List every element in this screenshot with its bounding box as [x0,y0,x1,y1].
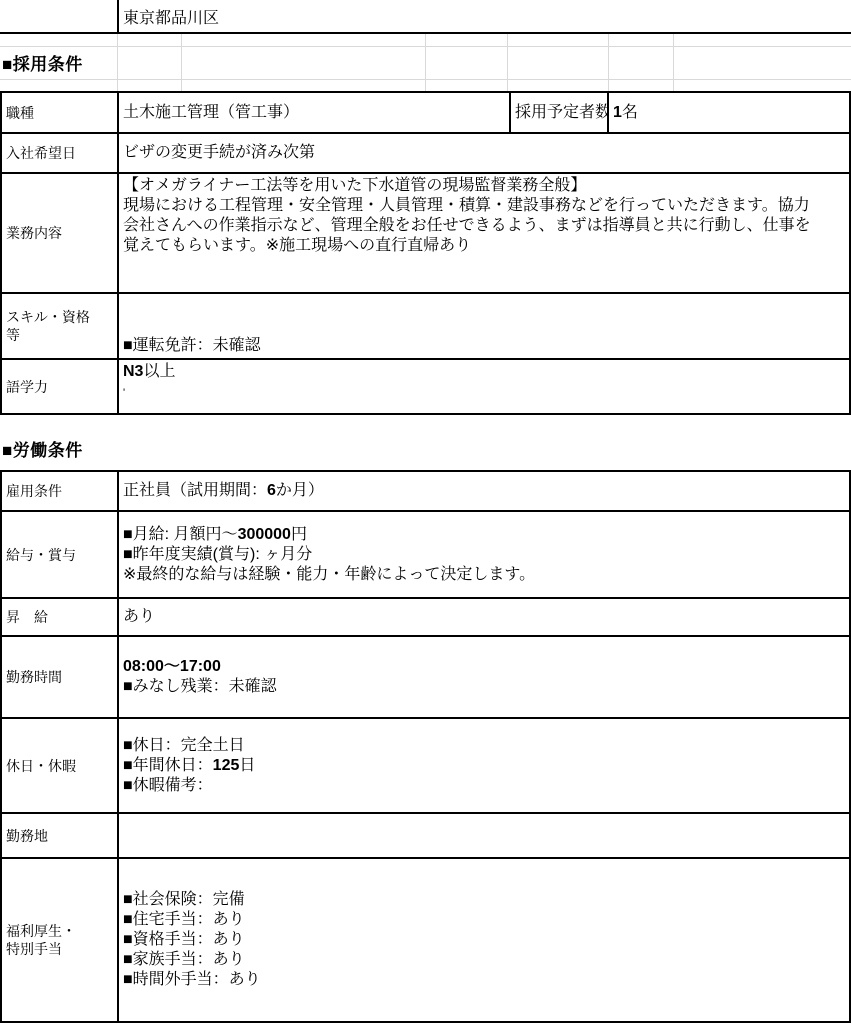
table-row: 勤務地 [1,813,850,858]
row-label: 業務内容 [1,173,118,293]
row-value: ■社会保険：完備■住宅手当：あり■資格手当：あり■家族手当：あり■時間外手当：あ… [118,858,850,1022]
gridline [425,33,426,91]
text-segment: ■月給: 月額円～ [123,526,238,543]
text-segment: 以上 [143,363,175,380]
text-segment: ■家族手当：あり [123,951,245,968]
text-segment: 土木施工管理（管工事） [123,104,299,121]
row-label: スキル・資格等 [1,293,118,359]
row-label: 勤務時間 [1,636,118,718]
text-segment: ■みなし残業：未確認 [123,678,277,695]
text-segment: 現場における工程管理・安全管理・人員管理・積算・建設事務などを行っていただきます… [123,197,810,214]
table-row: スキル・資格等■運転免許：未確認 [1,293,850,359]
row-value: 08:00～17:00■みなし残業：未確認 [118,636,850,718]
table-row: 休日・休暇■休日：完全土日■年間休日：125日■休暇備考： [1,718,850,813]
gridline [507,33,508,91]
section-title-recruitment: ■採用条件 [2,50,83,75]
row-label-text: 福利厚生・ [6,923,76,939]
row-value: あり [118,598,850,636]
text-segment: 6 [267,482,276,499]
text-segment: ■運転免許：未確認 [123,337,261,354]
text-segment: ※最終的な給与は経験・能力・年齢によって決定します。 [123,566,535,583]
row-label-text: 休日・休暇 [6,758,76,774]
row-label-text: スキル・資格 [6,309,90,325]
text-segment: N3 [123,363,143,380]
row-label: 雇用条件 [1,471,118,511]
row-value: 1名 [608,92,850,133]
table-row: 勤務時間08:00～17:00■みなし残業：未確認 [1,636,850,718]
row-value: ■運転免許：未確認 [118,293,850,359]
text-segment: ■住宅手当：あり [123,911,245,928]
gridline [181,33,182,91]
spreadsheet-page: 東京都品川区 ■採用条件 ■労働条件 職種土木施工管理（管工事）採用予定者数1名… [0,0,851,1023]
divider [0,32,851,34]
row-value [118,813,850,858]
row-label: 語学力 [1,359,118,414]
text-segment: 正社員（試用期間： [123,482,267,499]
table-row: 昇 給あり [1,598,850,636]
text-segment: 08:00～17:00 [123,658,221,675]
text-segment: 覚えてもらいます。※施工現場への直行直帰あり [123,237,471,254]
row-label: 給与・賞与 [1,511,118,598]
row-label-text: 勤務時間 [6,669,62,685]
text-segment: ■社会保険：完備 [123,891,245,908]
table-row: 入社希望日ビザの変更手続が済み次第 [1,133,850,173]
row-value: ■休日：完全土日■年間休日：125日■休暇備考： [118,718,850,813]
row-label: 入社希望日 [1,133,118,173]
row-label-text: 職種 [6,105,34,121]
text-segment: か月） [276,482,324,499]
text-segment: 300000 [238,526,291,543]
row-value: 土木施工管理（管工事） [118,92,510,133]
labor-table: 雇用条件正社員（試用期間：6か月）給与・賞与■月給: 月額円～300000円■昨… [0,470,851,1023]
row-label: 職種 [1,92,118,133]
text-segment: ■資格手当：あり [123,931,245,948]
table-row: 語学力N3以上' [1,359,850,414]
text-segment: 125 [213,757,240,774]
row-value: ビザの変更手続が済み次第 [118,133,850,173]
table-row: 職種土木施工管理（管工事）採用予定者数1名 [1,92,850,133]
text-segment: ■年間休日： [123,757,213,774]
row-label-text: 給与・賞与 [6,547,76,563]
text-segment: 【オメガライナー工法等を用いた下水道管の現場監督業務全般】 [123,177,586,194]
text-segment: ■休暇備考： [123,777,213,794]
row-value: 採用予定者数 [510,92,608,133]
row-value: ■月給: 月額円～300000円■昨年度実績(賞与): ヶ月分※最終的な給与は経… [118,511,850,598]
gridline [673,33,674,91]
row-label-text: 雇用条件 [6,483,62,499]
table-row: 業務内容【オメガライナー工法等を用いた下水道管の現場監督業務全般】現場における工… [1,173,850,293]
table-row: 給与・賞与■月給: 月額円～300000円■昨年度実績(賞与): ヶ月分※最終的… [1,511,850,598]
text-segment: ■時間外手当：あり [123,971,261,988]
text-segment: 採用予定者数 [515,104,608,121]
table-row: 福利厚生・特別手当■社会保険：完備■住宅手当：あり■資格手当：あり■家族手当：あ… [1,858,850,1022]
row-value: N3以上' [118,359,850,414]
row-label-text: 勤務地 [6,828,48,844]
text-segment: あり [123,608,155,625]
section-title-labor: ■労働条件 [2,436,83,461]
row-value: 正社員（試用期間：6か月） [118,471,850,511]
gridline [117,33,118,91]
text-segment: ビザの変更手続が済み次第 [123,144,315,161]
text-segment: 1 [613,104,622,121]
text-segment: 会社さんへの作業指示など、管理全般をお任せできるよう、まずは指導員と共に行動し、… [123,217,811,234]
row-label: 福利厚生・特別手当 [1,858,118,1022]
text-segment: 名 [622,104,638,121]
row-label-text: 等 [6,327,20,343]
row-label-text: 入社希望日 [6,145,76,161]
text-segment: ' [123,387,125,399]
row-label-text: 語学力 [6,379,48,395]
location-text: 東京都品川区 [123,5,219,28]
text-segment: ■昨年度実績(賞与): ヶ月分 [123,546,312,563]
text-segment: 円 [291,526,307,543]
table-row: 雇用条件正社員（試用期間：6か月） [1,471,850,511]
recruitment-table: 職種土木施工管理（管工事）採用予定者数1名入社希望日ビザの変更手続が済み次第業務… [0,91,851,415]
gridline [608,33,609,91]
row-label: 昇 給 [1,598,118,636]
text-segment: 日 [239,757,255,774]
row-label-text: 昇 給 [6,609,48,625]
row-label: 休日・休暇 [1,718,118,813]
row-value: 【オメガライナー工法等を用いた下水道管の現場監督業務全般】現場における工程管理・… [118,173,850,293]
row-label: 勤務地 [1,813,118,858]
row-label-text: 特別手当 [6,941,62,957]
text-segment: ■休日：完全土日 [123,737,245,754]
location-cell: 東京都品川区 [117,0,851,32]
row-label-text: 業務内容 [6,225,62,241]
